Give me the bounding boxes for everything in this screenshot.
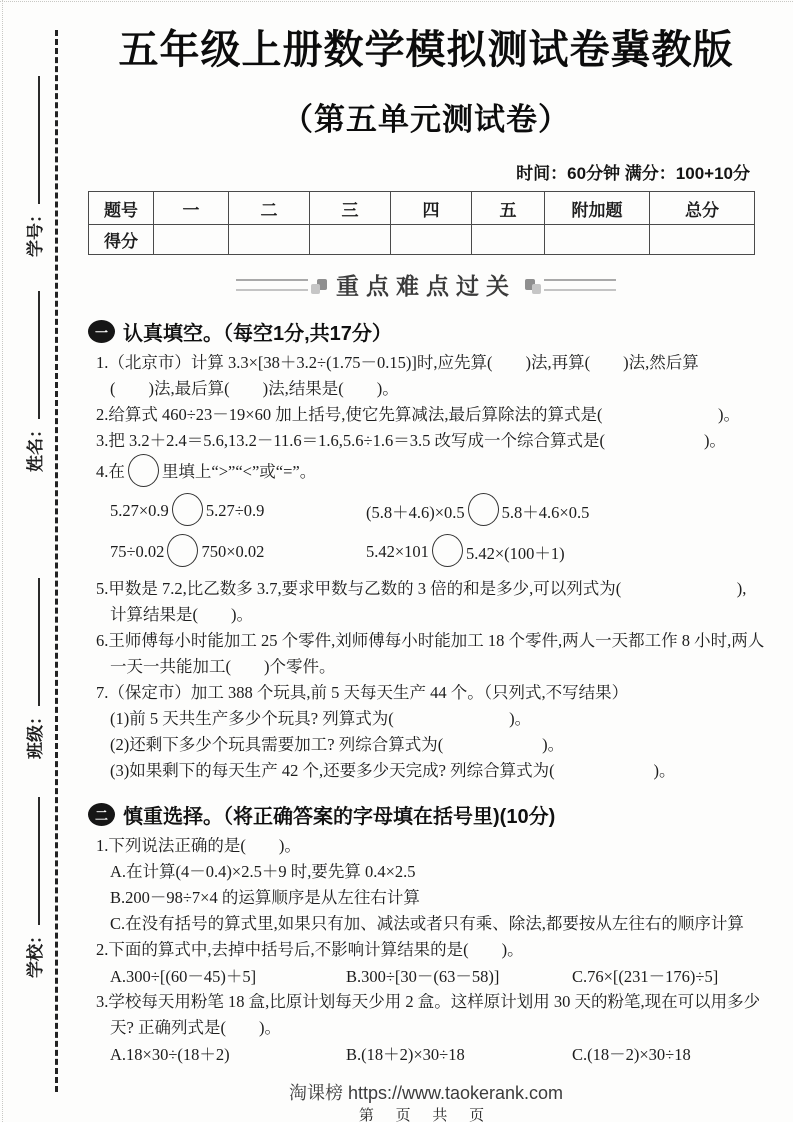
col-total: 总分 bbox=[650, 192, 755, 225]
score-table-score-row: 得分 bbox=[89, 225, 755, 255]
col-part-2: 二 bbox=[229, 192, 310, 225]
compare-right: 750×0.02 bbox=[201, 542, 264, 562]
compare-right: 5.27÷0.9 bbox=[206, 501, 265, 521]
p2-q2: 2.下面的算式中,去掉中括号后,不影响计算结果的是( )。 bbox=[88, 937, 764, 963]
p2-q3-line1: 3.学校每天用粉笔 18 盒,比原计划每天少用 2 盒。这样原计划用 30 天的… bbox=[88, 989, 764, 1015]
p2-q1: 1.下列说法正确的是( )。 bbox=[88, 833, 764, 859]
student-name-blank-line bbox=[26, 291, 40, 419]
p1-q6-line2: 一天一共能加工( )个零件。 bbox=[88, 654, 764, 680]
p1-q1-line2: ( )法,最后算( )法,结果是( )。 bbox=[88, 376, 764, 402]
compare-left: 5.27×0.9 bbox=[110, 501, 169, 521]
p2-q1-option-c: C.在没有括号的算式里,如果只有加、减法或者只有乘、除法,都要按从左往右的顺序计… bbox=[88, 911, 764, 937]
p2-q2-option-c: C.76×[(231－176)÷5] bbox=[572, 963, 718, 989]
banner-text: 重点难点过关 bbox=[336, 268, 516, 301]
p2-q2-option-b: B.300÷[30－(63－58)] bbox=[346, 963, 572, 989]
score-table: 题号 一 二 三 四 五 附加题 总分 得分 bbox=[88, 191, 755, 255]
answer-circle bbox=[167, 534, 198, 567]
col-part-5: 五 bbox=[472, 192, 545, 225]
class-blank-line bbox=[26, 578, 40, 706]
footer-brand: 淘课榜 https://www.taokerank.com bbox=[88, 1081, 764, 1105]
p1-q1-line1: 1.（北京市）计算 3.3×[38＋3.2÷(1.75－0.15)]时,应先算(… bbox=[88, 350, 764, 376]
p2-q1-option-a: A.在计算(4－0.4)×2.5＋9 时,要先算 0.4×2.5 bbox=[88, 859, 764, 885]
score-cell bbox=[229, 225, 310, 255]
p2-q3-line2: 天? 正确列式是( )。 bbox=[88, 1015, 764, 1041]
part2-title: 慎重选择。（将正确答案的字母填在括号里)(10分) bbox=[123, 800, 555, 829]
score-cell bbox=[472, 225, 545, 255]
p2-q1-option-b: B.200－98÷7×4 的运算顺序是从左往右计算 bbox=[88, 885, 764, 911]
p1-q7-sub2: (2)还剩下多少个玩具需要加工? 列综合算式为( )。 bbox=[88, 732, 764, 758]
col-part-3: 三 bbox=[310, 192, 391, 225]
footer-page-indicator: 第 页 共 页 bbox=[88, 1105, 764, 1122]
compare-left: (5.8＋4.6)×0.5 bbox=[366, 499, 465, 523]
p1-q3: 3.把 3.2＋2.4＝5.6,13.2－11.6＝1.6,5.6÷1.6＝3.… bbox=[88, 428, 764, 454]
student-id-blank-line bbox=[26, 76, 40, 204]
school-label: 学校： bbox=[21, 927, 46, 978]
p1-q7-intro: 7.（保定市）加工 388 个玩具,前 5 天每天生产 44 个。（只列式,不写… bbox=[88, 680, 764, 706]
compare-left: 5.42×101 bbox=[366, 542, 429, 562]
banner-lines-right-icon bbox=[544, 279, 616, 291]
p1-q6-line1: 6.王师傅每小时能加工 25 个零件,刘师傅每小时能加工 18 个零件,两人一天… bbox=[88, 628, 764, 654]
banner-quote-left-icon bbox=[317, 279, 327, 290]
p1-q4-row2: 75÷0.02750×0.02 5.42×1015.42×(100＋1) bbox=[88, 531, 764, 572]
answer-circle bbox=[172, 493, 203, 526]
student-id-label: 学号： bbox=[21, 206, 46, 257]
p2-q3-option-c: C.(18－2)×30÷18 bbox=[572, 1041, 691, 1067]
page-title: 五年级上册数学模拟测试卷冀教版 bbox=[88, 24, 764, 76]
class-field: 班级： bbox=[19, 569, 47, 759]
compare-right: 5.8＋4.6×0.5 bbox=[502, 499, 590, 523]
comparison-item: 5.42×1015.42×(100＋1) bbox=[366, 534, 565, 570]
answer-circle bbox=[432, 534, 463, 567]
part2-header: 二 慎重选择。（将正确答案的字母填在括号里)(10分) bbox=[88, 799, 764, 829]
col-part-4: 四 bbox=[391, 192, 472, 225]
score-cell bbox=[310, 225, 391, 255]
student-id-field: 学号： bbox=[19, 67, 47, 257]
p1-q4-heading: 4.在里填上“>”“<”或“=”。 bbox=[88, 454, 764, 490]
school-blank-line bbox=[26, 797, 40, 925]
p2-q3-option-a: A.18×30÷(18＋2) bbox=[110, 1041, 346, 1067]
exam-meta: 时间：60分钟 满分：100+10分 bbox=[88, 162, 764, 186]
part2-number-icon: 二 bbox=[88, 803, 115, 826]
school-field: 学校： bbox=[19, 788, 47, 978]
comparison-item: (5.8＋4.6)×0.55.8＋4.6×0.5 bbox=[366, 493, 589, 529]
banner-lines-left-icon bbox=[236, 279, 308, 291]
part1-header: 一 认真填空。（每空1分,共17分） bbox=[88, 316, 764, 346]
p1-q4-row1: 5.27×0.95.27÷0.9 (5.8＋4.6)×0.55.8＋4.6×0.… bbox=[88, 490, 764, 531]
score-cell bbox=[545, 225, 650, 255]
p1-q5-line1: 5.甲数是 7.2,比乙数多 3.7,要求甲数与乙数的 3 倍的和是多少,可以列… bbox=[88, 576, 764, 602]
student-name-field: 姓名： bbox=[19, 282, 47, 472]
compare-right: 5.42×(100＋1) bbox=[466, 540, 565, 564]
class-label: 班级： bbox=[21, 708, 46, 759]
banner-quote-right-icon bbox=[525, 279, 535, 290]
score-table-header-row: 题号 一 二 三 四 五 附加题 总分 bbox=[89, 192, 755, 225]
answer-circle bbox=[128, 454, 159, 487]
p1-q5-line2: 计算结果是( )。 bbox=[88, 602, 764, 628]
fold-dashed-line bbox=[55, 30, 58, 1092]
col-question-number: 题号 bbox=[89, 192, 154, 225]
page-subtitle: （第五单元测试卷） bbox=[88, 98, 764, 142]
score-cell bbox=[391, 225, 472, 255]
student-name-label: 姓名： bbox=[21, 421, 46, 472]
p2-q2-option-a: A.300÷[(60－45)＋5] bbox=[110, 963, 346, 989]
col-part-1: 一 bbox=[154, 192, 229, 225]
part1-title: 认真填空。（每空1分,共17分） bbox=[123, 317, 392, 346]
p1-q4-pre: 4.在 bbox=[96, 459, 125, 485]
score-row-label: 得分 bbox=[89, 225, 154, 255]
p2-q3-option-b: B.(18＋2)×30÷18 bbox=[346, 1041, 572, 1067]
part1-number-icon: 一 bbox=[88, 320, 115, 343]
p1-q4-post: 里填上“>”“<”或“=”。 bbox=[162, 459, 316, 485]
scan-edge-left bbox=[2, 0, 3, 1122]
p1-q7-sub1: (1)前 5 天共生产多少个玩具? 列算式为( )。 bbox=[88, 706, 764, 732]
section-banner: 重点难点过关 bbox=[88, 268, 764, 301]
p2-q2-options: A.300÷[(60－45)＋5] B.300÷[30－(63－58)] C.7… bbox=[88, 963, 764, 989]
compare-left: 75÷0.02 bbox=[110, 542, 164, 562]
score-cell bbox=[154, 225, 229, 255]
answer-circle bbox=[468, 493, 499, 526]
p1-q2: 2.给算式 460÷23－19×60 加上括号,使它先算减法,最后算除法的算式是… bbox=[88, 402, 764, 428]
p1-q7-sub3: (3)如果剩下的每天生产 42 个,还要多少天完成? 列综合算式为( )。 bbox=[88, 758, 764, 784]
comparison-item: 5.27×0.95.27÷0.9 bbox=[110, 493, 366, 529]
score-cell bbox=[650, 225, 755, 255]
col-bonus: 附加题 bbox=[545, 192, 650, 225]
comparison-item: 75÷0.02750×0.02 bbox=[110, 534, 366, 570]
exam-paper: 学号： 姓名： 班级： 学校： 五年级上册数学模拟测试卷冀教版 （第五单元测试卷… bbox=[0, 0, 793, 1122]
p2-q3-options: A.18×30÷(18＋2) B.(18＋2)×30÷18 C.(18－2)×3… bbox=[88, 1041, 764, 1067]
